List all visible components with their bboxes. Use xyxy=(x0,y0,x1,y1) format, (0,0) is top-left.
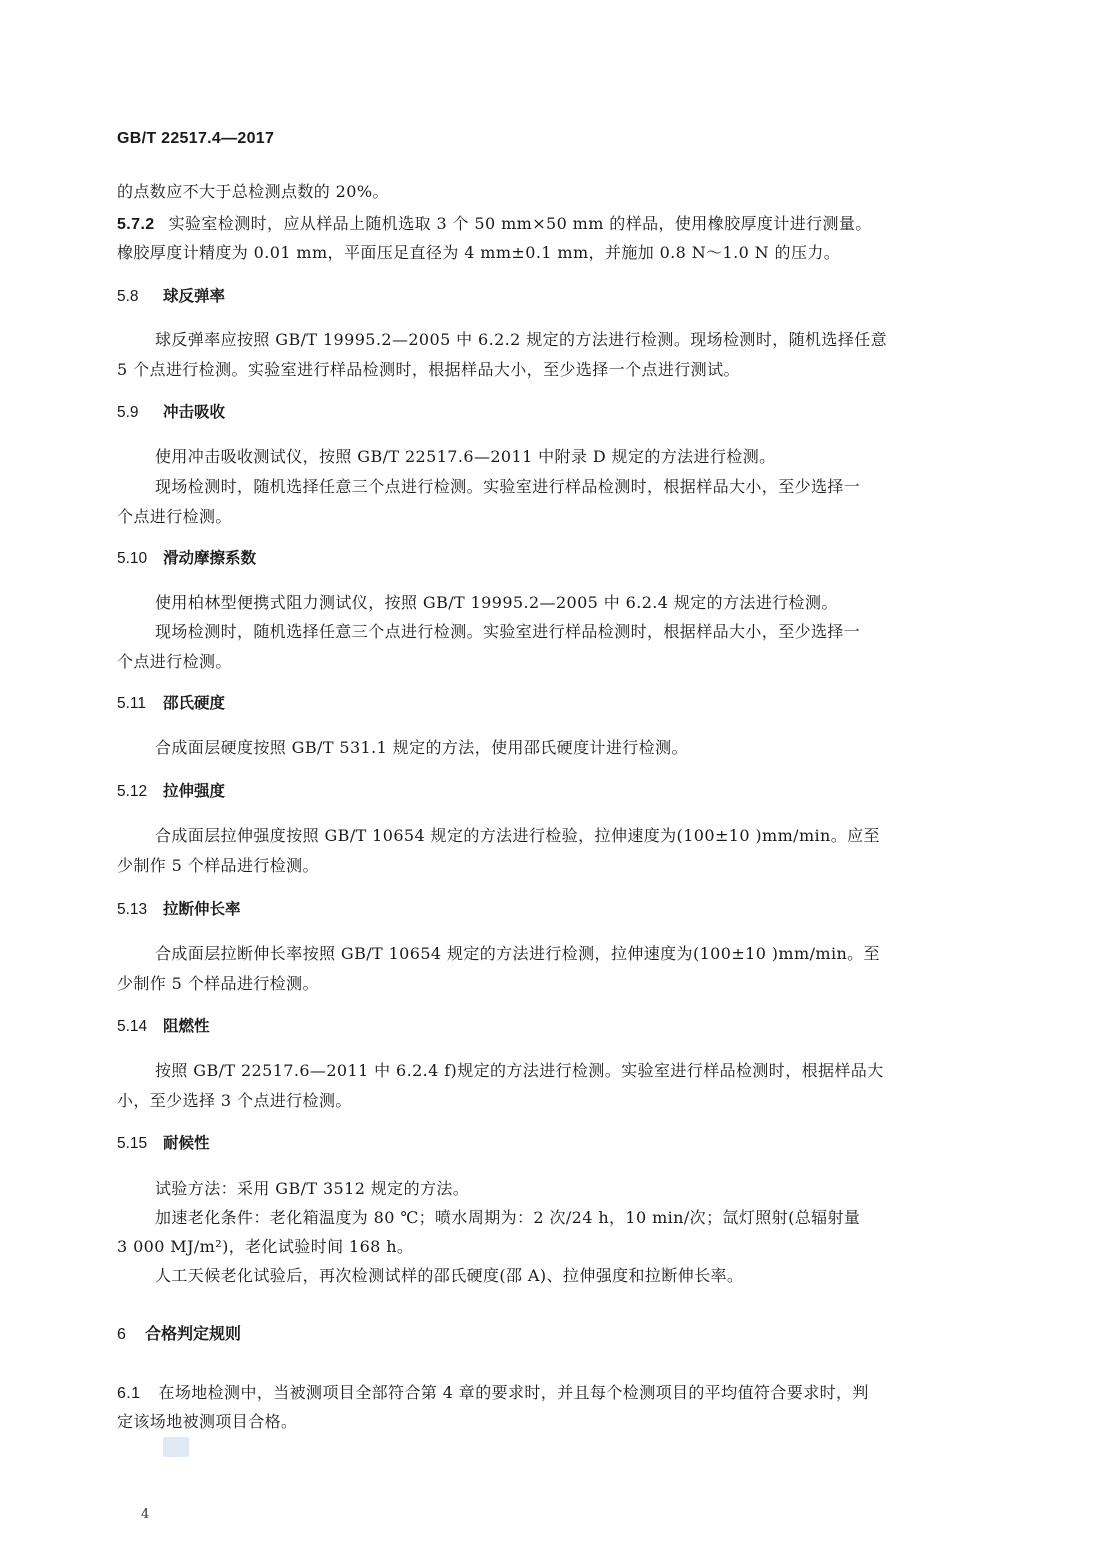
section-number: 5.12 xyxy=(117,782,163,802)
paragraph-line: 个点进行检测。 xyxy=(117,507,977,527)
section-number: 5.8 xyxy=(117,287,163,307)
section-heading-5-13: 5.13拉断伸长率 xyxy=(117,900,241,920)
paragraph-line: 个点进行检测。 xyxy=(117,652,977,672)
clause-5-7-2-line1: 5.7.2实验室检测时，应从样品上随机选取 3 个 50 mm×50 mm 的样… xyxy=(117,214,977,235)
clause-number: 6.1 xyxy=(117,1385,140,1402)
paragraph-line: 合成面层拉伸强度按照 GB/T 10654 规定的方法进行检验，拉伸速度为(10… xyxy=(155,826,1015,846)
paragraph-line: 现场检测时，随机选择任意三个点进行检测。实验室进行样品检测时，根据样品大小，至少… xyxy=(155,477,1015,497)
paragraph-line: 小，至少选择 3 个点进行检测。 xyxy=(117,1091,977,1111)
page-number: 4 xyxy=(141,1507,149,1522)
section-heading-5-8: 5.8球反弹率 xyxy=(117,287,225,307)
standard-id-header: GB/T 22517.4—2017 xyxy=(117,130,274,148)
section-heading-5-14: 5.14阻燃性 xyxy=(117,1017,210,1037)
paragraph-line: 加速老化条件：老化箱温度为 80 ℃；喷水周期为：2 次/24 h，10 min… xyxy=(155,1208,1015,1228)
section-title: 冲击吸收 xyxy=(163,404,225,421)
section-number: 5.14 xyxy=(117,1017,163,1037)
section-title: 球反弹率 xyxy=(163,288,225,305)
clause-6-1-line1: 6.1在场地检测中，当被测项目全部符合第 4 章的要求时，并且每个检测项目的平均… xyxy=(117,1383,977,1404)
paragraph-line: 使用柏林型便携式阻力测试仪，按照 GB/T 19995.2—2005 中 6.2… xyxy=(155,593,1015,613)
document-page: GB/T 22517.4—2017 的点数应不大于总检测点数的 20%。 5.7… xyxy=(0,0,1104,1562)
clause-number: 5.7.2 xyxy=(117,216,155,233)
section-heading-5-12: 5.12拉伸强度 xyxy=(117,782,225,802)
section-title: 滑动摩擦系数 xyxy=(163,550,256,567)
section-number: 5.10 xyxy=(117,549,163,569)
chapter-title: 合格判定规则 xyxy=(145,1326,241,1343)
section-number: 5.15 xyxy=(117,1134,163,1154)
section-heading-5-11: 5.11邵氏硬度 xyxy=(117,694,225,714)
paragraph-line: 合成面层硬度按照 GB/T 531.1 规定的方法，使用邵氏硬度计进行检测。 xyxy=(155,738,1015,758)
paragraph-line: 使用冲击吸收测试仪，按照 GB/T 22517.6—2011 中附录 D 规定的… xyxy=(155,447,1015,467)
section-heading-5-15: 5.15耐候性 xyxy=(117,1134,210,1154)
clause-text: 实验室检测时，应从样品上随机选取 3 个 50 mm×50 mm 的样品，使用橡… xyxy=(169,214,872,233)
clause-5-7-2-line2: 橡胶厚度计精度为 0.01 mm，平面压足直径为 4 mm±0.1 mm，并施加… xyxy=(117,243,977,263)
continuation-line: 的点数应不大于总检测点数的 20%。 xyxy=(117,182,977,202)
paragraph-line: 3 000 MJ/m²)，老化试验时间 168 h。 xyxy=(117,1237,977,1257)
section-number: 5.11 xyxy=(117,694,163,714)
paragraph-line: 人工天候老化试验后，再次检测试样的邵氏硬度(邵 A)、拉伸强度和拉断伸长率。 xyxy=(155,1266,1015,1286)
section-title: 阻燃性 xyxy=(163,1018,210,1035)
paragraph-line: 少制作 5 个样品进行检测。 xyxy=(117,974,977,994)
section-title: 拉断伸长率 xyxy=(163,901,241,918)
section-title: 邵氏硬度 xyxy=(163,695,225,712)
paragraph-line: 现场检测时，随机选择任意三个点进行检测。实验室进行样品检测时，根据样品大小，至少… xyxy=(155,622,1015,642)
paragraph-line: 5 个点进行检测。实验室进行样品检测时，根据样品大小，至少选择一个点进行测试。 xyxy=(117,360,977,380)
section-heading-5-10: 5.10滑动摩擦系数 xyxy=(117,549,256,569)
section-title: 耐候性 xyxy=(163,1135,210,1152)
section-title: 拉伸强度 xyxy=(163,783,225,800)
paragraph-line: 球反弹率应按照 GB/T 19995.2—2005 中 6.2.2 规定的方法进… xyxy=(155,330,1015,350)
paragraph-line: 少制作 5 个样品进行检测。 xyxy=(117,856,977,876)
paragraph-line: 按照 GB/T 22517.6—2011 中 6.2.4 f)规定的方法进行检测… xyxy=(155,1061,1015,1081)
clause-6-1-line2: 定该场地被测项目合格。 xyxy=(117,1412,977,1432)
section-number: 5.13 xyxy=(117,900,163,920)
paragraph-line: 合成面层拉断伸长率按照 GB/T 10654 规定的方法进行检测，拉伸速度为(1… xyxy=(155,944,1015,964)
section-heading-5-9: 5.9冲击吸收 xyxy=(117,403,225,423)
clause-text: 在场地检测中，当被测项目全部符合第 4 章的要求时，并且每个检测项目的平均值符合… xyxy=(158,1383,868,1402)
chapter-heading-6: 6合格判定规则 xyxy=(117,1325,241,1345)
chapter-number: 6 xyxy=(117,1325,145,1345)
watermark-logo xyxy=(163,1437,189,1457)
paragraph-line: 试验方法：采用 GB/T 3512 规定的方法。 xyxy=(155,1179,1015,1199)
section-number: 5.9 xyxy=(117,403,163,423)
